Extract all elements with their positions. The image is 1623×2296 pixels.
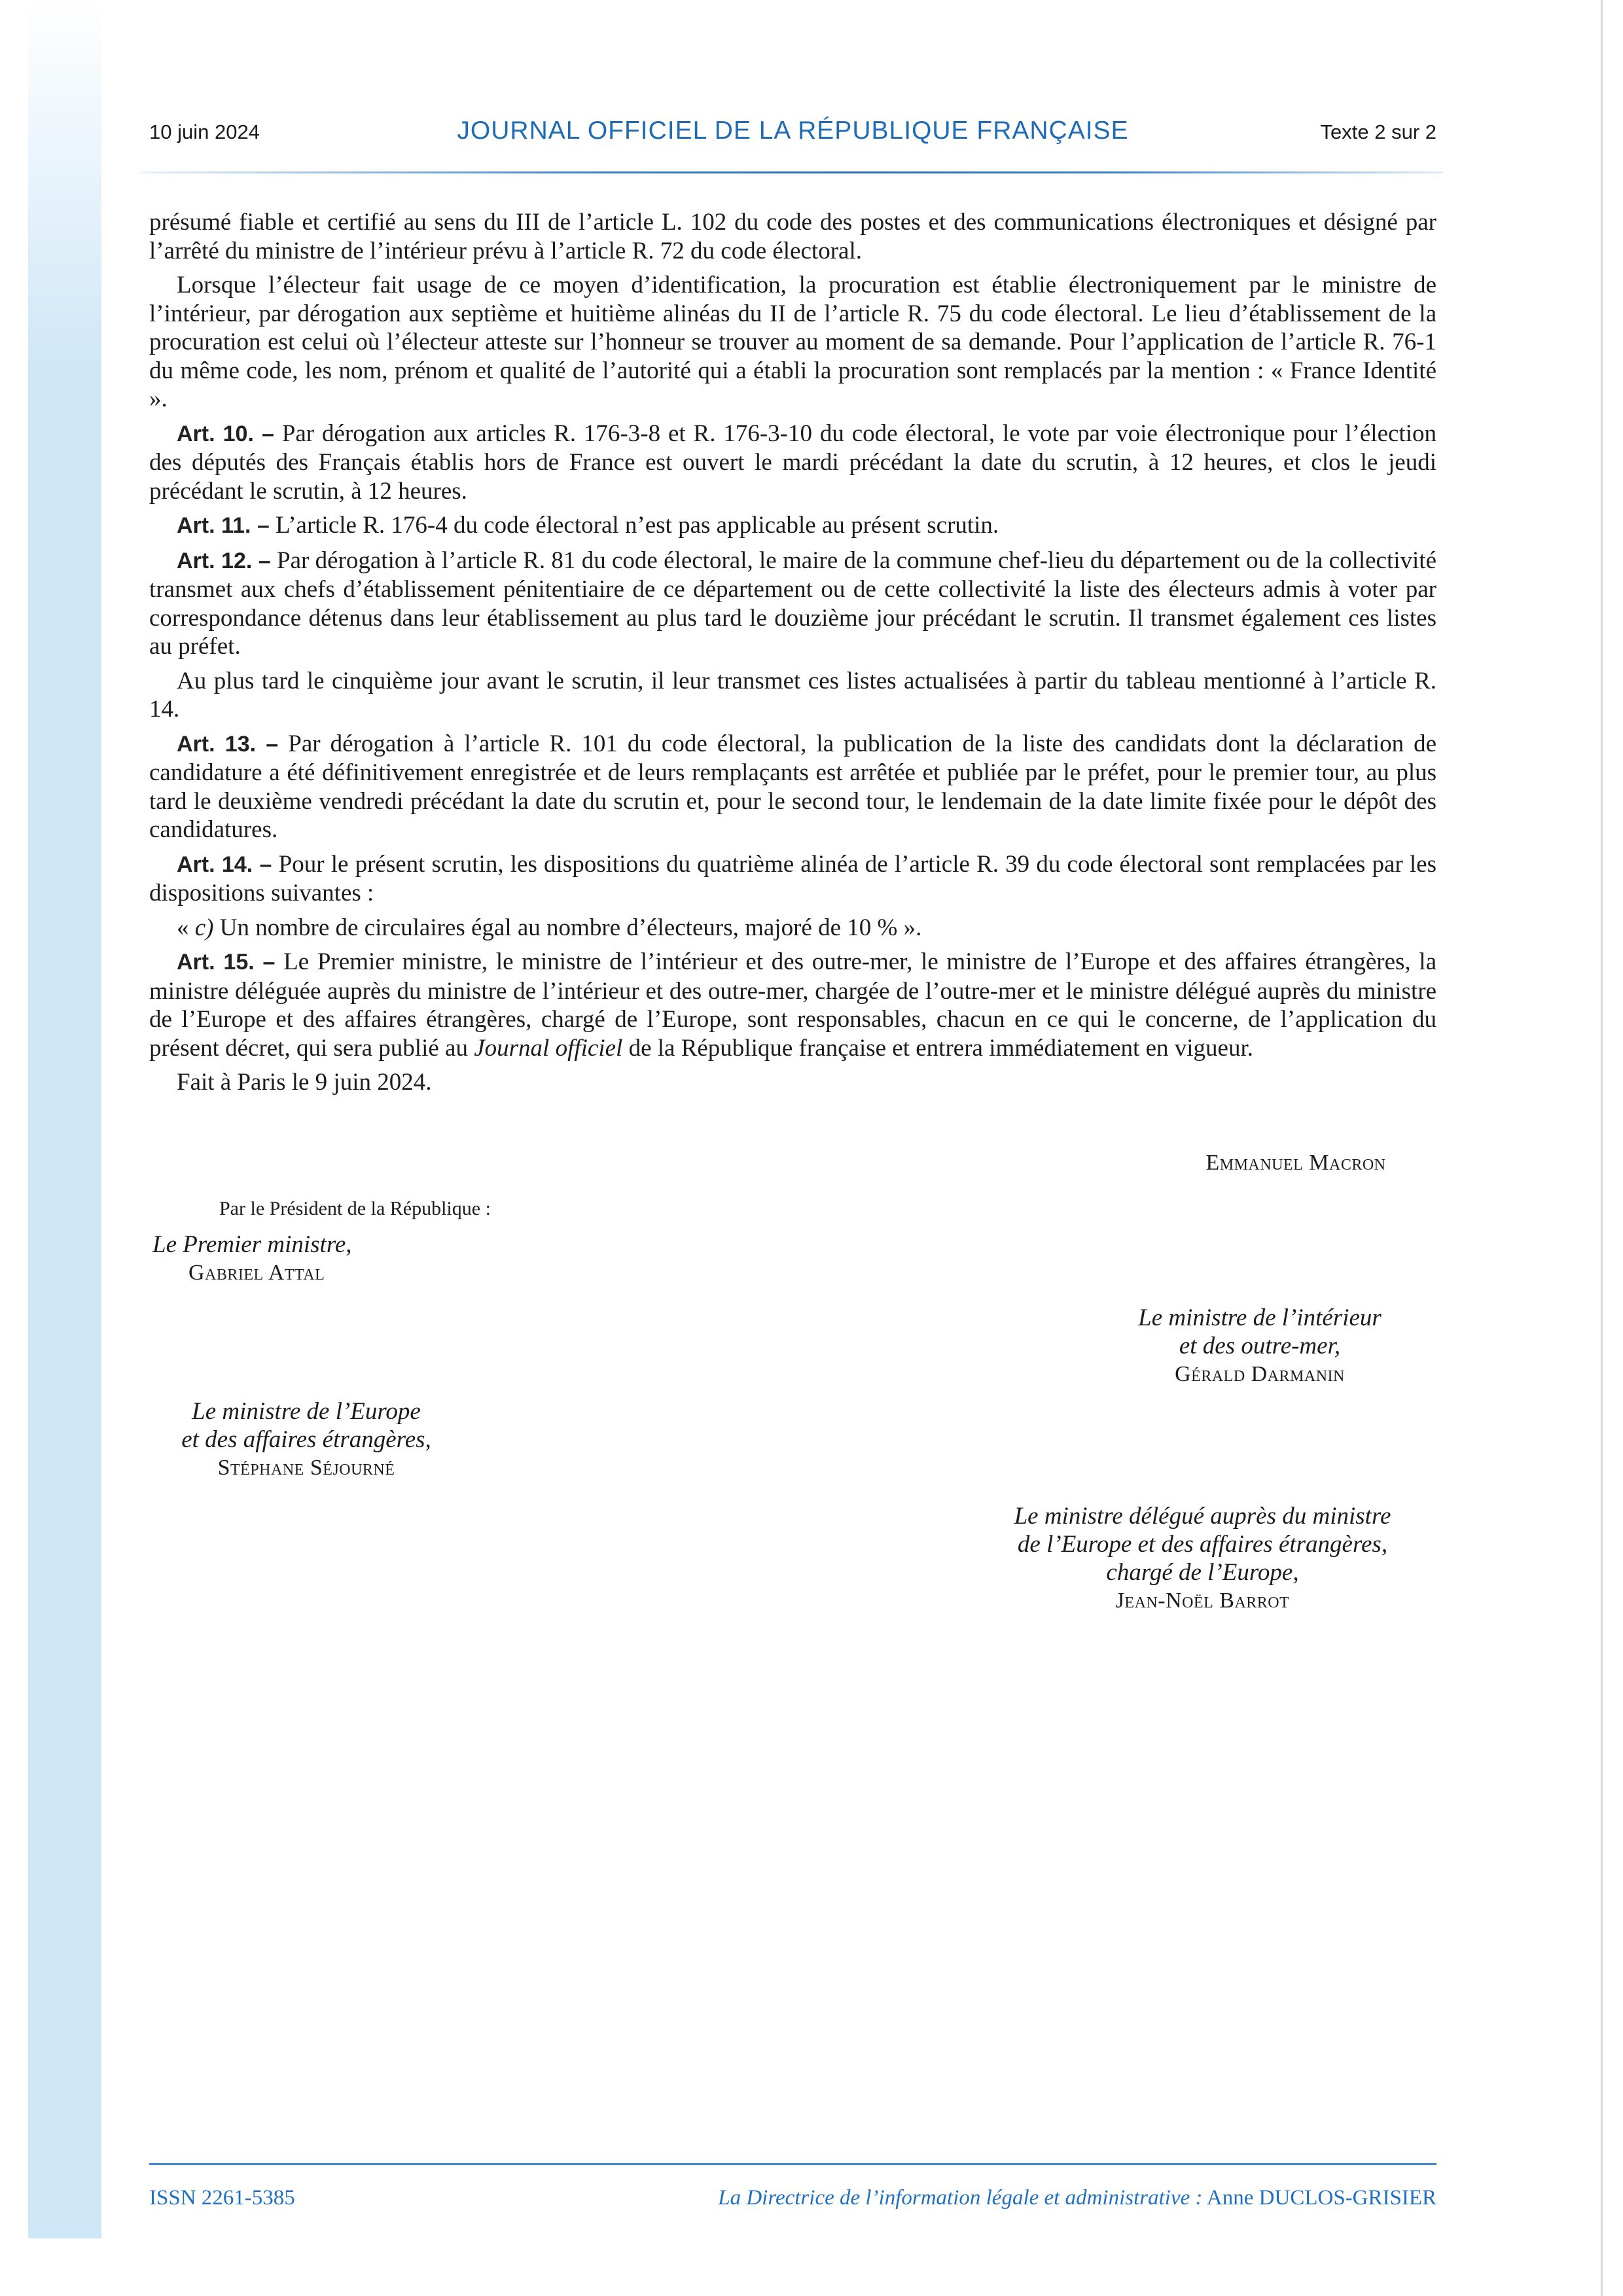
article-label: Art. 14. – — [177, 852, 272, 877]
quote-open: « — [177, 914, 195, 941]
journal-officiel-italic: Journal officiel — [474, 1035, 622, 1062]
decree-body: présumé fiable et certifié au sens du II… — [149, 208, 1436, 1103]
article-14: Art. 14. – Pour le présent scrutin, les … — [149, 850, 1436, 908]
article-text: Par dérogation à l’article R. 101 du cod… — [149, 730, 1436, 844]
issn-number: ISSN 2261-5385 — [149, 2186, 295, 2210]
article-label: Art. 13. – — [177, 732, 278, 757]
director-name: Anne DUCLOS-GRISIER — [1207, 2186, 1436, 2210]
signatory-name: Stéphane Séjourné — [149, 1454, 463, 1482]
signature-interior: Le ministre de l’intérieur et des outre-… — [1083, 1304, 1436, 1388]
footer-divider — [149, 2163, 1436, 2165]
journal-title: JOURNAL OFFICIEL DE LA RÉPUBLIQUE FRANÇA… — [149, 117, 1436, 145]
signatory-role-line2: et des affaires étrangères, — [149, 1426, 463, 1454]
director-credit: La Directrice de l’information légale et… — [718, 2186, 1436, 2210]
signatory-name: Gérald Darmanin — [1083, 1360, 1436, 1388]
article-10: Art. 10. – Par dérogation aux articles R… — [149, 420, 1436, 506]
left-margin-strip-fade — [28, 0, 101, 367]
signatory-role: Le Premier ministre, — [152, 1230, 352, 1259]
signatory-name: Jean-Noël Barrot — [969, 1587, 1436, 1615]
signatory-role-line1: Le ministre de l’Europe — [149, 1397, 463, 1426]
signature-europe-delegate: Le ministre délégué auprès du ministre d… — [969, 1502, 1436, 1615]
article-text-end: de la République française et entrera im… — [622, 1035, 1253, 1062]
page-counter: Texte 2 sur 2 — [1321, 120, 1436, 144]
signatory-name: Emmanuel Macron — [1155, 1149, 1436, 1177]
article-15: Art. 15. – Le Premier ministre, le minis… — [149, 948, 1436, 1062]
article-text: L’article R. 176-4 du code électoral n’e… — [276, 512, 999, 539]
article-13: Art. 13. – Par dérogation à l’article R.… — [149, 730, 1436, 844]
page-header: 10 juin 2024 JOURNAL OFFICIEL DE LA RÉPU… — [149, 117, 1436, 149]
signatory-role-line3: chargé de l’Europe, — [969, 1558, 1436, 1587]
director-label: La Directrice de l’information légale et… — [718, 2186, 1202, 2210]
right-page-edge — [1601, 0, 1603, 2296]
article-12: Art. 12. – Par dérogation à l’article R.… — [149, 547, 1436, 661]
signatory-role-line1: Le ministre de l’intérieur — [1083, 1304, 1436, 1332]
signature-president: Emmanuel Macron — [1155, 1149, 1436, 1177]
done-at: Fait à Paris le 9 juin 2024. — [149, 1068, 1436, 1097]
continuation-paragraph: présumé fiable et certifié au sens du II… — [149, 208, 1436, 265]
signatory-role-line2: et des outre-mer, — [1083, 1332, 1436, 1360]
quote-letter: c) — [195, 914, 214, 941]
article-label: Art. 11. – — [177, 513, 270, 538]
article-14-quote: « c) Un nombre de circulaires égal au no… — [149, 914, 1436, 942]
document-page: 10 juin 2024 JOURNAL OFFICIEL DE LA RÉPU… — [0, 0, 1623, 2296]
article-text: Par dérogation à l’article R. 81 du code… — [149, 547, 1436, 660]
article-label: Art. 15. – — [177, 950, 275, 975]
header-divider — [141, 171, 1443, 173]
article-12-extra: Au plus tard le cinquième jour avant le … — [149, 667, 1436, 724]
by-president-label: Par le Président de la République : — [219, 1198, 491, 1220]
procuration-paragraph: Lorsque l’électeur fait usage de ce moye… — [149, 271, 1436, 414]
signature-prime-minister: Le Premier ministre, Gabriel Attal — [152, 1230, 352, 1287]
quote-text: Un nombre de circulaires égal au nombre … — [214, 914, 922, 941]
signatory-name: Gabriel Attal — [152, 1259, 352, 1287]
article-text: Pour le présent scrutin, les disposition… — [149, 851, 1436, 907]
article-text: Par dérogation aux articles R. 176-3-8 e… — [149, 420, 1436, 505]
signature-europe: Le ministre de l’Europe et des affaires … — [149, 1397, 463, 1482]
signatory-role-line1: Le ministre délégué auprès du ministre — [969, 1502, 1436, 1530]
article-label: Art. 12. – — [177, 548, 271, 573]
article-11: Art. 11. – L’article R. 176-4 du code él… — [149, 511, 1436, 541]
article-label: Art. 10. – — [177, 422, 274, 446]
signatory-role-line2: de l’Europe et des affaires étrangères, — [969, 1530, 1436, 1558]
by-president-text: Par le Président de la République : — [219, 1198, 491, 1219]
